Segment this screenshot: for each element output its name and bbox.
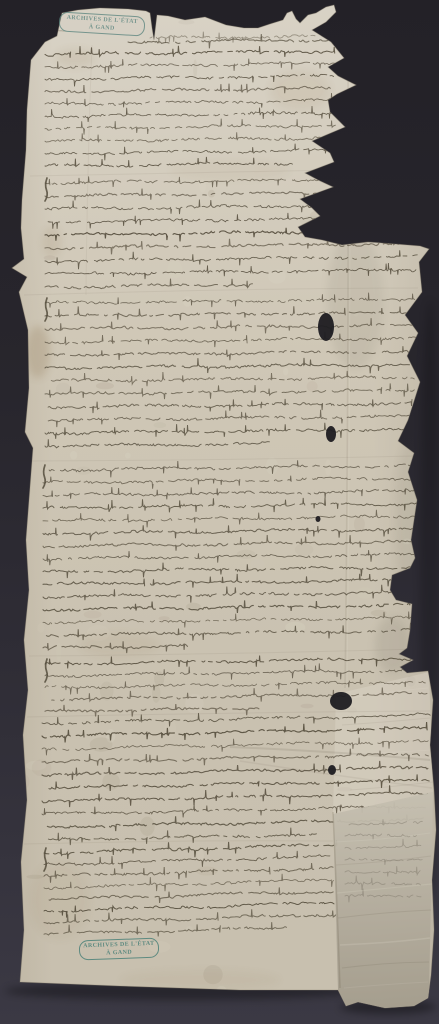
parchment-photo bbox=[0, 0, 439, 1024]
photo-canvas: ARCHIVES DE L'ÉTAT À GAND ARCHIVES DE L'… bbox=[0, 0, 439, 1024]
archive-stamp-bottom: ARCHIVES DE L'ÉTAT À GAND bbox=[79, 938, 160, 961]
